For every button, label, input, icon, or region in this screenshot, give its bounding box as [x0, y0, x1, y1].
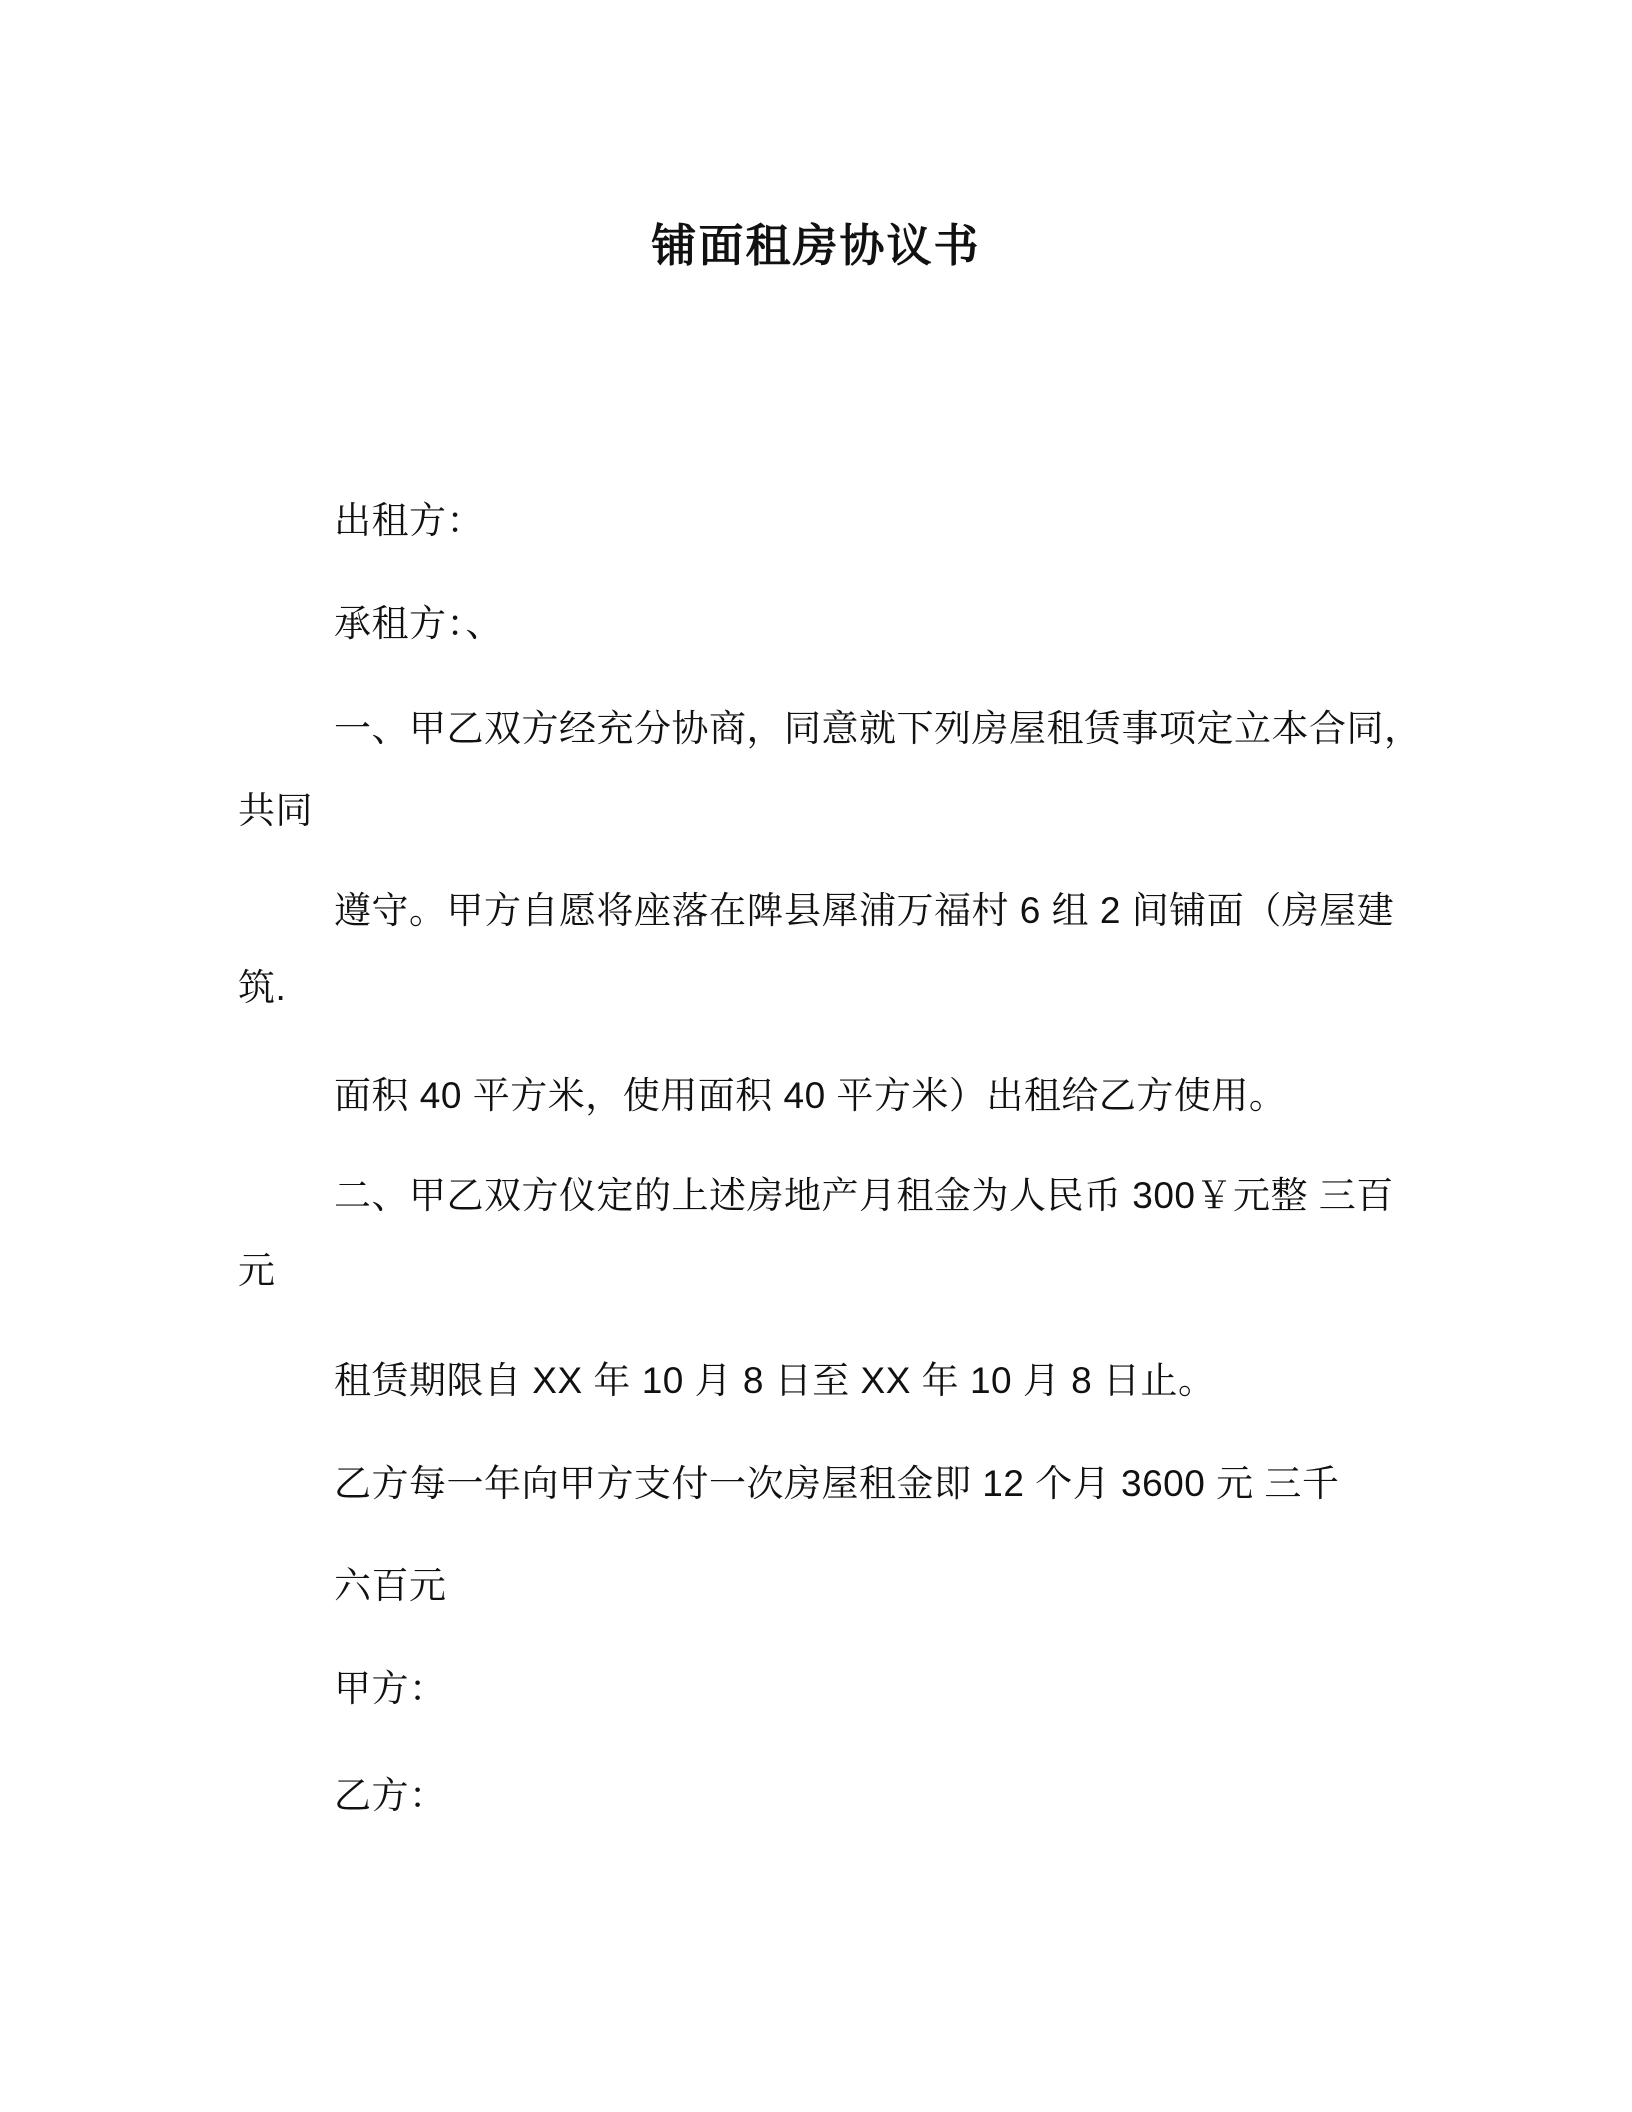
line-lessee-label: 承租方：、: [334, 603, 503, 646]
line-clause-2-wrap: 元: [238, 1250, 276, 1293]
document-page: 铺面租房协议书 出租方： 承租方：、 一、甲乙双方经充分协商，同意就下列房屋租赁…: [0, 0, 1632, 2112]
line-payment-terms: 乙方每一年向甲方支付一次房屋租金即 12 个月 3600 元 三千: [334, 1463, 1339, 1506]
line-clause-1-start: 一、甲乙双方经充分协商，同意就下列房屋租赁事项定立本合同，: [334, 708, 1422, 751]
line-payment-amount-wrap: 六百元: [334, 1565, 447, 1608]
line-area-details: 面积 40 平方米，使用面积 40 平方米）出租给乙方使用。: [334, 1075, 1286, 1118]
document-title: 铺面租房协议书: [0, 220, 1632, 272]
line-clause-1-wrap-2: 筑.: [238, 967, 286, 1010]
line-party-b-signature: 乙方：: [334, 1775, 447, 1818]
line-lessor-label: 出租方：: [334, 500, 484, 543]
line-clause-1-continued: 遵守。甲方自愿将座落在陴县犀浦万福村 6 组 2 间铺面（房屋建: [334, 890, 1394, 933]
line-party-a-signature: 甲方：: [334, 1668, 447, 1711]
line-clause-2-start: 二、甲乙双方仪定的上述房地产月租金为人民币 300￥元整 三百: [334, 1175, 1394, 1218]
line-lease-term: 租赁期限自 XX 年 10 月 8 日至 XX 年 10 月 8 日止。: [334, 1360, 1216, 1403]
line-clause-1-wrap: 共同: [238, 790, 313, 833]
